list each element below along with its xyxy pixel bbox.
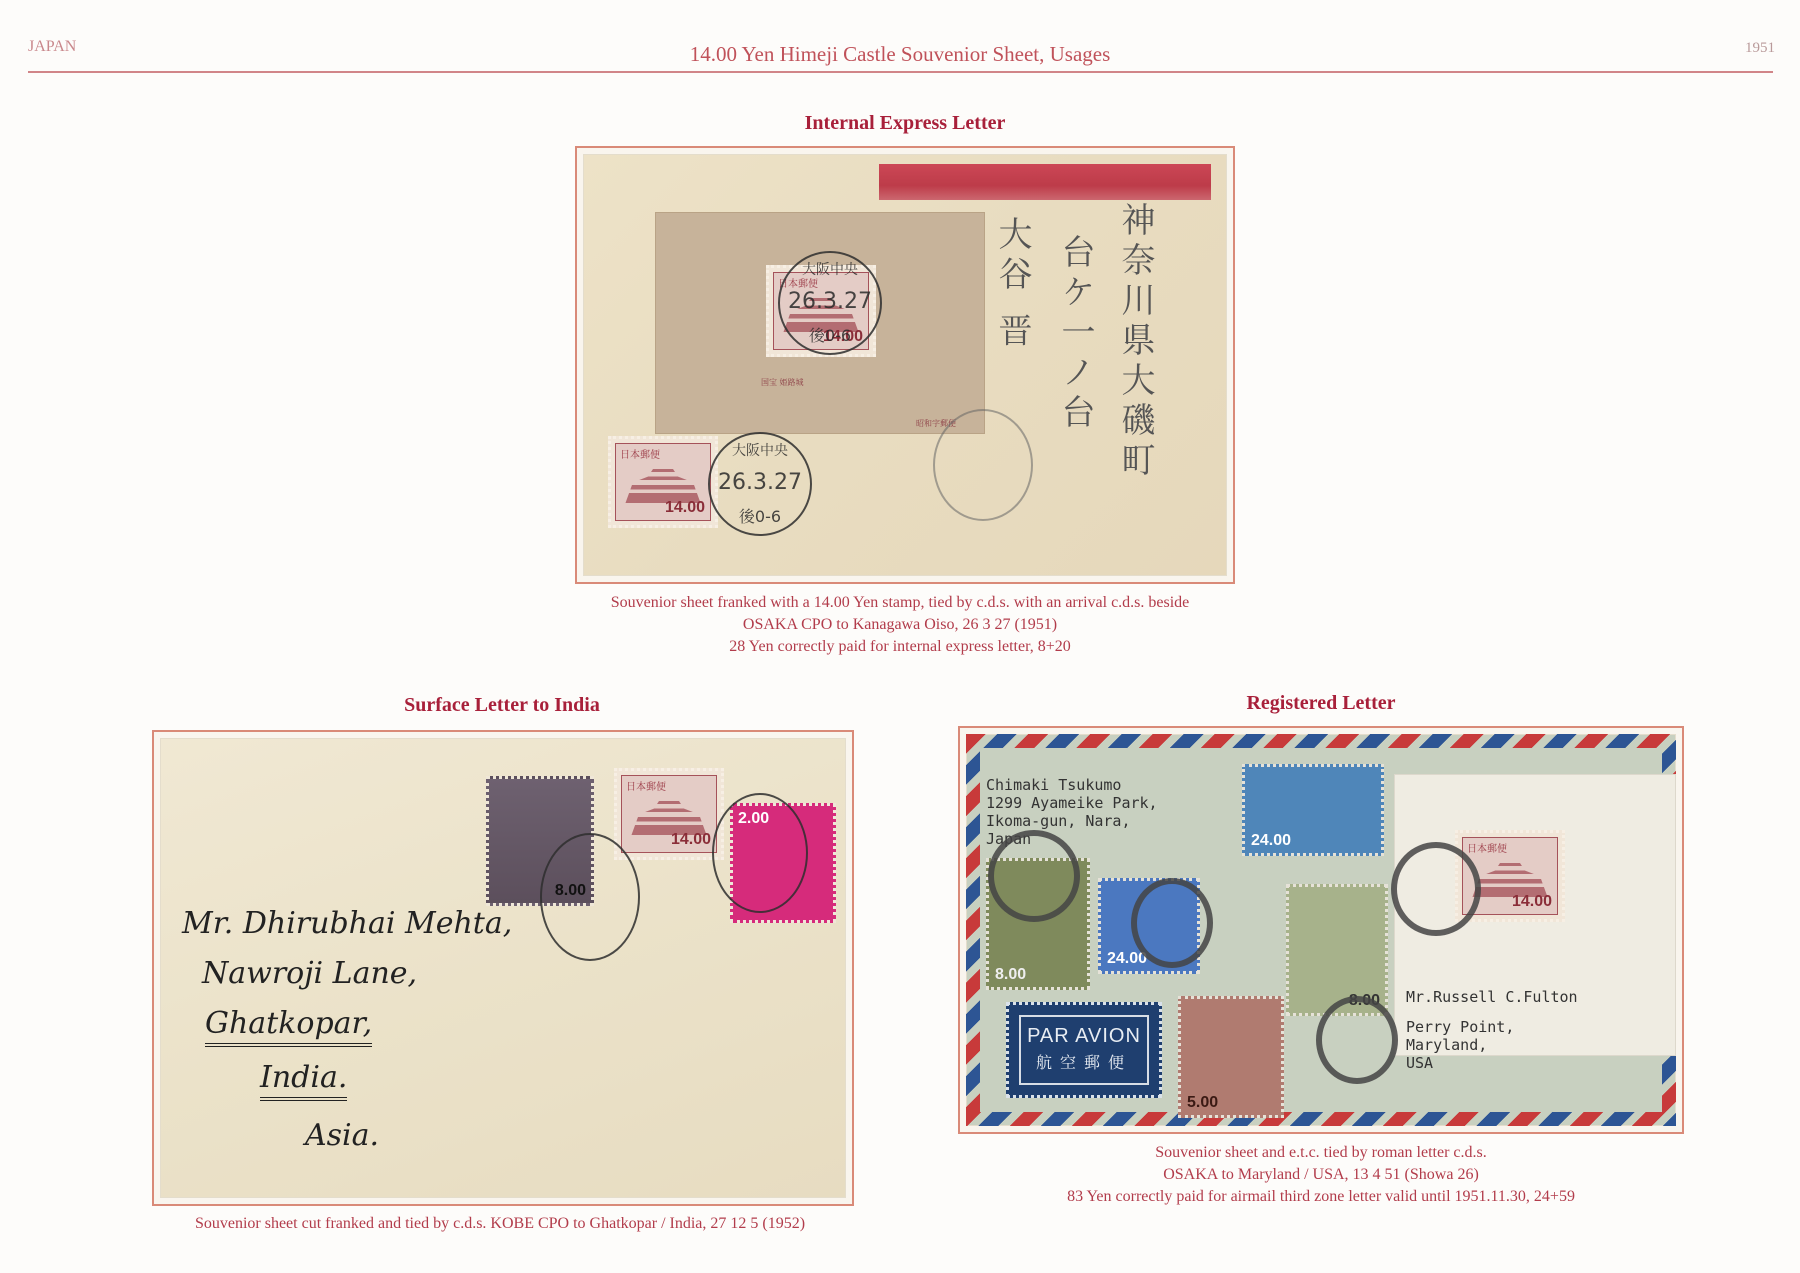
section-title-internal-express: Internal Express Letter <box>575 112 1235 135</box>
caption-registered: Souvenior sheet and e.t.c. tied by roman… <box>958 1142 1684 1208</box>
section-title-surface-india: Surface Letter to India <box>152 694 852 717</box>
cover-internal-express: 日本郵便 14.00 国宝 姫路城 昭和字郵便 大阪中央 26.3.27 後0-… <box>583 154 1227 576</box>
postmark-cds <box>540 833 640 961</box>
roman-cds <box>1391 842 1481 936</box>
addressee-name: 大谷 晋 <box>988 216 1037 353</box>
stamp-14-yen: 日本郵便 14.00 <box>614 768 724 860</box>
header-rule <box>28 71 1773 73</box>
stamp-14-yen-single: 日本郵便 14.00 <box>608 436 718 528</box>
postmark-cds: 大阪中央 26.3.27 後0-6 <box>708 432 812 536</box>
postmark-cds <box>712 793 808 913</box>
cover-frame-internal-express: 日本郵便 14.00 国宝 姫路城 昭和字郵便 大阪中央 26.3.27 後0-… <box>575 146 1235 584</box>
recipient-address: Mr.Russell C.FultonPerry Point,Maryland,… <box>1406 988 1578 1072</box>
caption-internal-express: Souvenior sheet franked with a 14.00 Yen… <box>470 592 1330 658</box>
cover-registered: Chimaki Tsukumo1299 Ayameike Park,Ikoma-… <box>966 734 1676 1126</box>
express-red-band <box>879 164 1211 200</box>
airmail-label: PAR AVION航空郵便 <box>1006 1002 1162 1098</box>
address-line: Ghatkopar, <box>205 1006 372 1047</box>
roman-cds <box>1131 878 1213 968</box>
header-year: 1951 <box>1745 40 1775 57</box>
address-line: Mr. Dhirubhai Mehta, <box>182 906 512 941</box>
postmark-cds: 大阪中央 26.3.27 後0-6 <box>778 251 882 355</box>
stamp-24-yen-skiers: 24.00 <box>1242 764 1384 856</box>
section-title-registered: Registered Letter <box>958 692 1684 715</box>
address-line: Nawroji Lane, <box>202 956 417 991</box>
roman-cds <box>1316 996 1398 1084</box>
caption-surface-india: Souvenior sheet cut franked and tied by … <box>100 1213 900 1235</box>
cover-surface-india: 8.00 日本郵便 14.00 2.00 Mr. Dhirubhai Mehta… <box>160 738 846 1198</box>
stamp-5-yen-childrens-day: 5.00 <box>1178 996 1284 1118</box>
sheet-label: 国宝 姫路城 <box>761 377 804 388</box>
address-line: 神奈川県大磯町 <box>1111 202 1160 482</box>
address-line: India. <box>260 1060 347 1101</box>
address-line: 台ケ一ノ台 <box>1051 234 1100 434</box>
roman-cds <box>988 830 1080 922</box>
page-title: 14.00 Yen Himeji Castle Souvenior Sheet,… <box>0 42 1800 67</box>
arrival-postmark <box>933 409 1033 521</box>
cover-frame-surface-india: 8.00 日本郵便 14.00 2.00 Mr. Dhirubhai Mehta… <box>152 730 854 1206</box>
address-line: Asia. <box>305 1118 379 1153</box>
stamp-8-yen-trees: 8.00 <box>1286 884 1388 1016</box>
cover-frame-registered: Chimaki Tsukumo1299 Ayameike Park,Ikoma-… <box>958 726 1684 1134</box>
